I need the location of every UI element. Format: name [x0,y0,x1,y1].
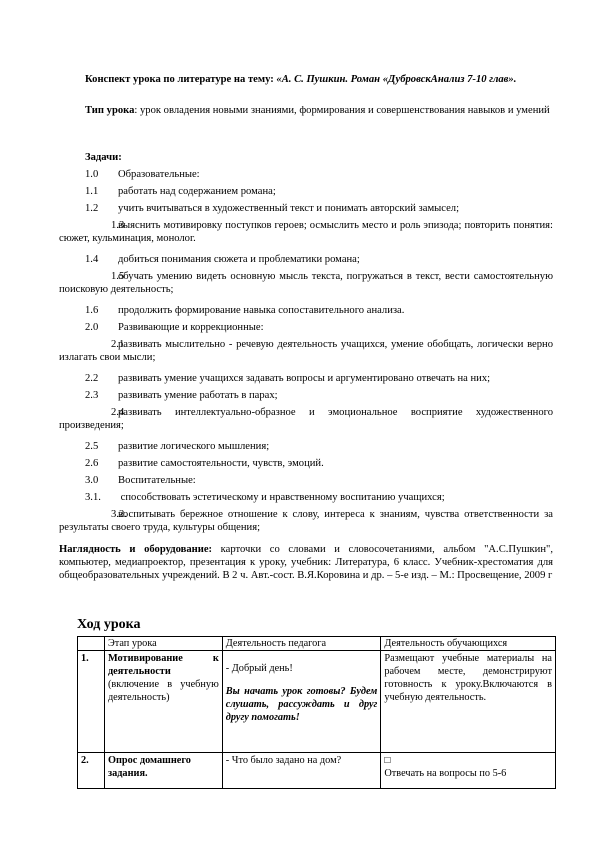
task-item: 2.4развивать интеллектуально-образное и … [59,406,553,432]
task-number: 1.5 [85,270,118,283]
task-number: 1.2 [85,202,118,215]
lesson-type-label: Тип урока [85,105,134,116]
task-number: 1.3 [85,219,118,232]
task-text: развитие самостоятельности, чувств, эмоц… [118,458,324,469]
task-number: 2.2 [85,372,118,385]
task-number: 1.4 [85,253,118,266]
teacher-cell: - Что было задано на дом? [222,753,381,789]
header-cell-num [78,637,105,651]
task-number: 3.0 [85,474,118,487]
checkbox-symbol-icon: □ [384,754,552,767]
task-item: 3.1. способствовать эстетическому и нрав… [85,491,553,504]
task-text: развитие логического мышления; [118,441,269,452]
teacher-verse: Вы начать урок готовы? Будем слушать, ра… [226,685,378,724]
table-header-row: Этап урока Деятельность педагога Деятель… [78,637,556,651]
header-cell-teacher: Деятельность педагога [222,637,381,651]
header-cell-students: Деятельность обучающихся [381,637,556,651]
task-text: воспитывать бережное отношение к слову, … [59,509,553,533]
document-title: Конспект урока по литературе на тему: «А… [59,73,553,86]
students-activity: Отвечать на вопросы по 5-6 [384,767,552,780]
lesson-flow-heading: Ход урока [77,617,141,633]
task-item: 2.5развитие логического мышления; [85,440,553,453]
row-number: 1. [78,651,105,753]
task-item: 2.3развивать умение работать в парах; [85,389,553,402]
task-item: 2.6развитие самостоятельности, чувств, э… [85,457,553,470]
task-number: 2.4 [85,406,118,419]
lesson-type: Тип урока: урок овладения новыми знаниям… [59,104,553,117]
task-text: Образовательные: [118,169,200,180]
task-text: учить вчитываться в художественный текст… [118,203,459,214]
task-text: добиться понимания сюжета и проблематики… [118,254,360,265]
task-item: 3.2.воспитывать бережное отношение к сло… [59,508,553,534]
stage-title: Опрос домашнего задания. [108,755,191,779]
task-item: 2.0Развивающие и коррекционные: [85,321,553,334]
task-text: обучать умению видеть основную мысль тек… [59,271,553,295]
task-number: 1.1 [85,185,118,198]
task-item: 1.3выяснить мотивировку поступков героев… [59,219,553,245]
task-number: 2.1 [85,338,118,351]
task-text: выяснить мотивировку поступков героев; о… [59,220,553,244]
task-item: 1.4добиться понимания сюжета и проблемат… [85,253,553,266]
lesson-flow-table: Этап урока Деятельность педагога Деятель… [77,636,556,789]
task-item: 2.2развивать умение учащихся задавать во… [85,372,553,385]
task-text: Воспитательные: [118,475,196,486]
stage-title: Мотивирование к деятельности [108,653,219,677]
task-item: 2.1развивать мыслительно - речевую деяте… [59,338,553,364]
row-number: 2. [78,753,105,789]
task-number: 3.2. [85,508,118,521]
task-number: 2.6 [85,457,118,470]
header-cell-stage: Этап урока [104,637,222,651]
students-cell: □ Отвечать на вопросы по 5-6 [381,753,556,789]
students-cell: Размещают учебные материалы на рабочем м… [381,651,556,753]
task-item: 3.0Воспитательные: [85,474,553,487]
table-row: 2. Опрос домашнего задания. - Что было з… [78,753,556,789]
task-number: 2.0 [85,321,118,334]
title-topic: «А. С. Пушкин. Роман «ДубровскАнализ 7-1… [276,74,516,85]
task-item: 1.6продолжить формирование навыка сопост… [85,304,553,317]
task-text: развивать умение учащихся задавать вопро… [118,373,490,384]
stage-note: (включение в учебную деятельность) [108,679,219,703]
stage-cell: Мотивирование к деятельности (включение … [104,651,222,753]
tasks-heading: Задачи: [59,151,553,164]
teacher-question: - Что было задано на дом? [226,755,341,766]
teacher-greeting: - Добрый день! [226,662,378,675]
task-item: 1.5обучать умению видеть основную мысль … [59,270,553,296]
teacher-cell: - Добрый день! Вы начать урок готовы? Бу… [222,651,381,753]
stage-cell: Опрос домашнего задания. [104,753,222,789]
task-number: 3.1. [85,491,118,504]
task-text: Развивающие и коррекционные: [118,322,264,333]
task-text: способствовать эстетическому и нравствен… [118,492,445,503]
lesson-type-value: : урок овладения новыми знаниями, формир… [134,105,549,116]
equipment-label: Наглядность и оборудование: [59,544,212,555]
task-number: 1.0 [85,168,118,181]
task-text: развивать умение работать в парах; [118,390,278,401]
task-item: 1.0Образовательные: [85,168,553,181]
task-text: развивать интеллектуально-образное и эмо… [59,407,553,431]
task-text: развивать мыслительно - речевую деятельн… [59,339,553,363]
title-prefix: Конспект урока по литературе на тему: [85,74,276,85]
table-row: 1. Мотивирование к деятельности (включен… [78,651,556,753]
task-item: 1.1работать над содержанием романа; [85,185,553,198]
document-page: Конспект урока по литературе на тему: «А… [0,0,595,842]
equipment-paragraph: Наглядность и оборудование: карточки со … [59,543,553,582]
task-text: работать над содержанием романа; [118,186,276,197]
task-text: продолжить формирование навыка сопостави… [118,305,404,316]
task-number: 1.6 [85,304,118,317]
task-item: 1.2учить вчитываться в художественный те… [85,202,553,215]
task-number: 2.3 [85,389,118,402]
task-number: 2.5 [85,440,118,453]
